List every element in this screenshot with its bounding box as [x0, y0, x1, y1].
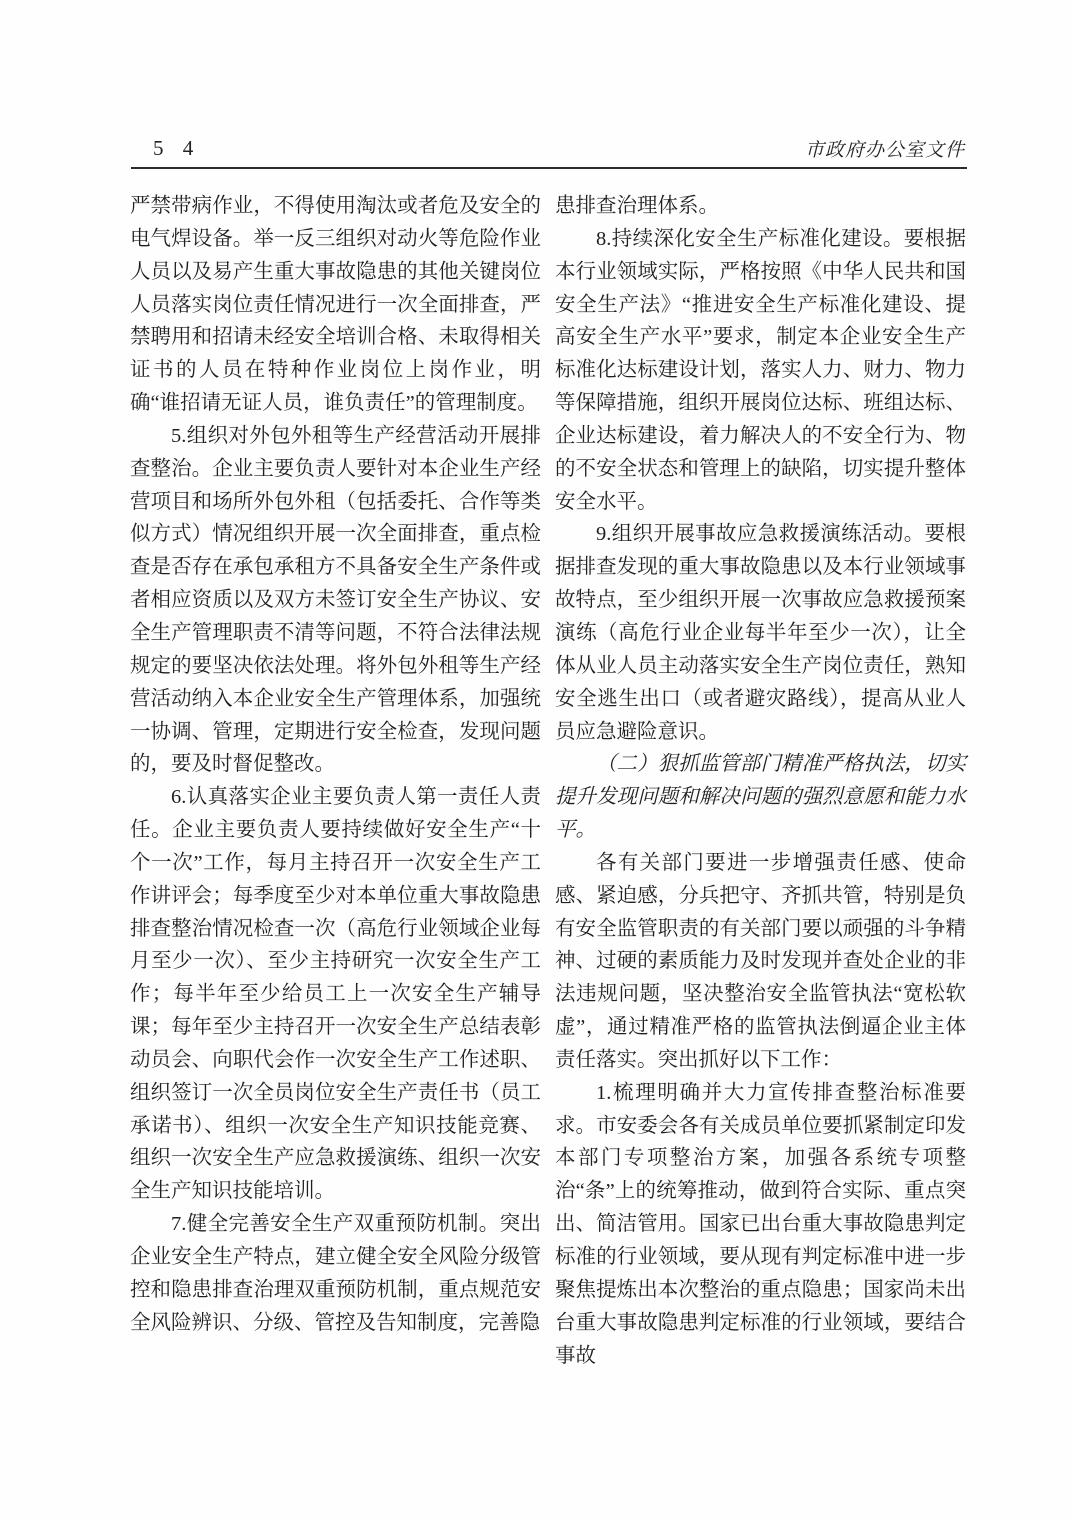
paragraph-item7-continuation: 患排查治理体系。: [555, 190, 966, 223]
paragraph-item8: 8.持续深化安全生产标准化建设。要根据本行业领域实际，严格按照《中华人民共和国安…: [555, 223, 966, 519]
paragraph-item6: 6.认真落实企业主要负责人第一责任人责任。企业主要负责人要持续做好安全生产“十个…: [130, 781, 541, 1208]
paragraph-item1: 1.梳理明确并大力宣传排查整治标准要求。市安委会各有关成员单位要抓紧制定印发本部…: [555, 1077, 966, 1373]
paragraph-departments: 各有关部门要进一步增强责任感、使命感、紧迫感，分兵把守、齐抓共管，特别是负有安全…: [555, 847, 966, 1077]
text-column-right: 患排查治理体系。 8.持续深化安全生产标准化建设。要根据本行业领域实际，严格按照…: [555, 190, 966, 1372]
page-number: 5 4: [153, 136, 200, 161]
document-page: 5 4 市政府办公室文件 严禁带病作业，不得使用淘汰或者危及安全的电气焊设备。举…: [0, 0, 1074, 1520]
paragraph-item5: 5.组织对外包外租等生产经营活动开展排查整治。企业主要负责人要针对本企业生产经营…: [130, 420, 541, 781]
body-columns: 严禁带病作业，不得使用淘汰或者危及安全的电气焊设备。举一反三组织对动火等危险作业…: [130, 190, 966, 1372]
doc-type-label: 市政府办公室文件: [805, 135, 965, 162]
paragraph-item9: 9.组织开展事故应急救援演练活动。要根据排查发现的重大事故隐患以及本行业领域事故…: [555, 518, 966, 748]
section-heading-2: （二）狠抓监管部门精准严格执法，切实提升发现问题和解决问题的强烈意愿和能力水平。: [555, 748, 966, 847]
paragraph-item7: 7.健全完善安全生产双重预防机制。突出企业安全生产特点，建立健全安全风险分级管控…: [130, 1208, 541, 1339]
header-rule: [131, 167, 967, 169]
paragraph-continuation-item4: 严禁带病作业，不得使用淘汰或者危及安全的电气焊设备。举一反三组织对动火等危险作业…: [130, 190, 541, 420]
text-column-left: 严禁带病作业，不得使用淘汰或者危及安全的电气焊设备。举一反三组织对动火等危险作业…: [130, 190, 541, 1372]
